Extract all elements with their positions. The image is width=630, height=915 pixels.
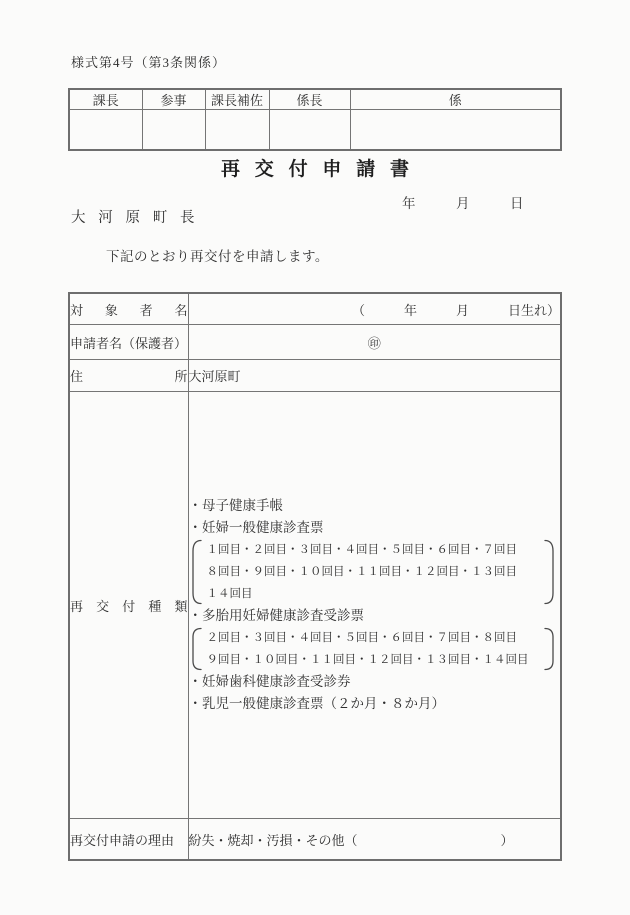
reissue-kinds-list: ・母子健康手帳 ・妊婦一般健康診査票 １回目・２回目・３回目・４回目・５回目・６… (188, 392, 561, 819)
approval-stamp-cell (69, 110, 142, 151)
round-bracket-left-icon (189, 627, 202, 671)
approval-stamp-cell (269, 110, 350, 151)
rounds-lines-1: １回目・２回目・３回目・４回目・５回目・６回目・７回目 ８回目・９回目・１０回目… (207, 539, 539, 605)
rounds-line: １回目・２回目・３回目・４回目・５回目・６回目・７回目 (207, 539, 539, 561)
kind-rounds-group-1: １回目・２回目・３回目・４回目・５回目・６回目・７回目 ８回目・９回目・１０回目… (189, 539, 561, 605)
approval-header-section-chief: 課長 (69, 89, 142, 110)
page-title: 再交付申請書 (0, 154, 630, 181)
address-row: 住所 大河原町 (69, 360, 561, 392)
applicant-name-row: 申請者名（保護者） ㊞ (69, 325, 561, 360)
kind-item-multiple-pregnancy-slip: ・多胎用妊婦健康診査受診票 (189, 605, 561, 627)
approval-header-subsection-chief: 係長 (269, 89, 350, 110)
intro-sentence: 下記のとおり再交付を申請します。 (106, 245, 329, 265)
reason-label: 再交付申請の理由 (69, 819, 188, 861)
kind-item-pregnant-checkup-slip: ・妊婦一般健康診査票 (189, 517, 561, 539)
scanned-form-page: 様式第4号（第3条関係） 課長 参事 課長補佐 係長 係 再交付申請書 年 月 … (0, 0, 630, 915)
reissue-kinds-row: 再交付種類 ・母子健康手帳 ・妊婦一般健康診査票 １回目・２回目・３回目・４回目… (69, 392, 561, 819)
approval-stamp-table: 課長 参事 課長補佐 係長 係 (68, 88, 562, 151)
rounds-line: ８回目・９回目・１０回目・１１回目・１２回目・１３回目 (207, 561, 539, 583)
subject-birthdate-field: （ 年 月 日生れ） (188, 293, 561, 325)
approval-header-counselor: 参事 (142, 89, 205, 110)
subject-name-row: 対象者名 （ 年 月 日生れ） (69, 293, 561, 325)
subject-name-label: 対象者名 (69, 293, 188, 325)
address-field: 大河原町 (188, 360, 561, 392)
kind-item-infant-checkup-slip: ・乳児一般健康診査票（２か月・８か月） (189, 693, 561, 715)
approval-header-staff: 係 (350, 89, 561, 110)
kind-rounds-group-2: ２回目・３回目・４回目・５回目・６回目・７回目・８回目 ９回目・１０回目・１１回… (189, 627, 561, 671)
round-bracket-left-icon (189, 539, 202, 605)
applicant-name-label: 申請者名（保護者） (69, 325, 188, 360)
application-table: 対象者名 （ 年 月 日生れ） 申請者名（保護者） ㊞ 住所 大河原町 再交付種… (68, 292, 562, 861)
approval-stamp-cell (350, 110, 561, 151)
approval-header-row: 課長 参事 課長補佐 係長 係 (69, 89, 561, 110)
round-bracket-right-icon (544, 539, 557, 605)
reissue-kinds-label: 再交付種類 (69, 392, 188, 819)
approval-stamp-row (69, 110, 561, 151)
address-label: 住所 (69, 360, 188, 392)
round-bracket-right-icon (544, 627, 557, 671)
reason-field: 紛失・焼却・汚損・その他（ ） (188, 819, 561, 861)
rounds-lines-2: ２回目・３回目・４回目・５回目・６回目・７回目・８回目 ９回目・１０回目・１１回… (207, 627, 539, 671)
kind-item-maternal-handbook: ・母子健康手帳 (189, 495, 561, 517)
rounds-line: １４回目 (207, 583, 539, 605)
form-number-note: 様式第4号（第3条関係） (71, 52, 226, 71)
addressee-mayor: 大河原町長 (71, 206, 207, 227)
rounds-line: ２回目・３回目・４回目・５回目・６回目・７回目・８回目 (207, 627, 539, 649)
reason-row: 再交付申請の理由 紛失・焼却・汚損・その他（ ） (69, 819, 561, 861)
approval-header-assistant-chief: 課長補佐 (205, 89, 269, 110)
rounds-line: ９回目・１０回目・１１回目・１２回目・１３回目・１４回目 (207, 649, 539, 671)
approval-stamp-cell (205, 110, 269, 151)
date-line: 年 月 日 (402, 192, 524, 212)
seal-mark: ㊞ (188, 325, 561, 360)
approval-stamp-cell (142, 110, 205, 151)
kind-item-dental-checkup-ticket: ・妊婦歯科健康診査受診券 (189, 671, 561, 693)
